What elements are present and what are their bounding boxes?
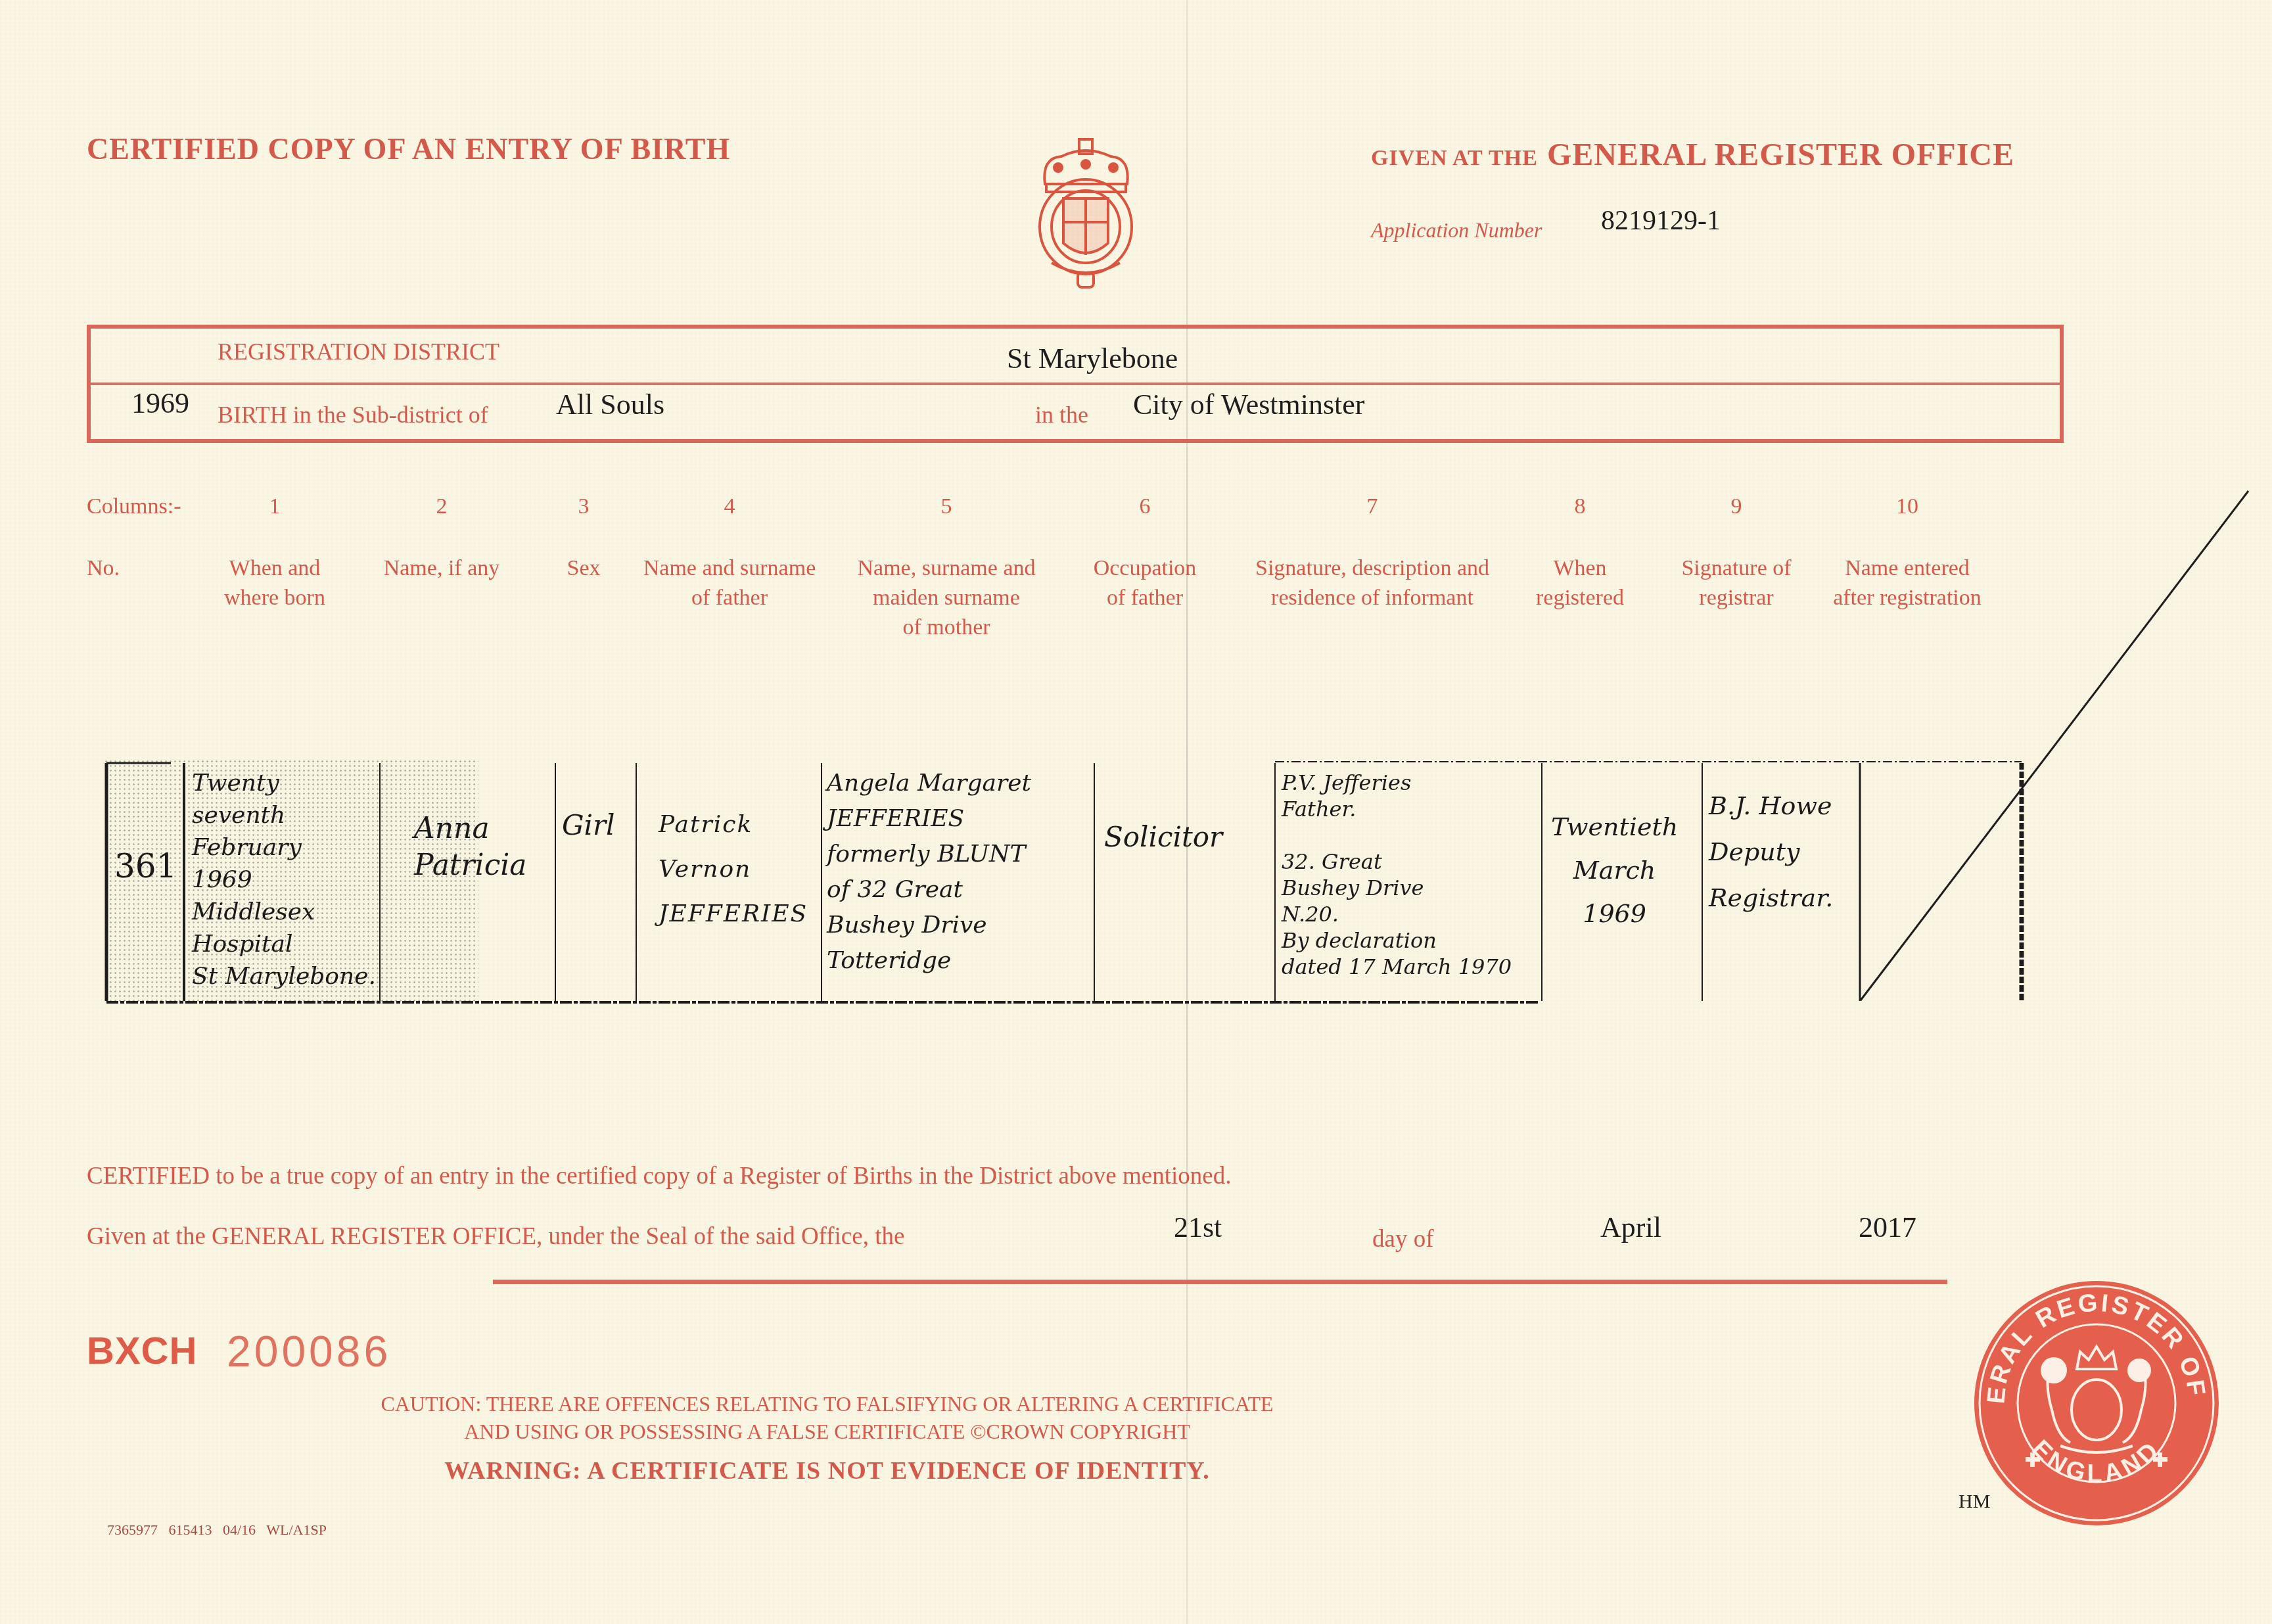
cancellation-diagonal-line xyxy=(0,0,2272,1624)
issue-year: 2017 xyxy=(1859,1211,1916,1244)
given-at-statement: Given at the GENERAL REGISTER OFFICE, un… xyxy=(87,1222,904,1251)
serial-prefix: BXCH xyxy=(87,1329,197,1373)
issue-month: April xyxy=(1600,1211,1661,1244)
caution-line-2: AND USING OR POSSESSING A FALSE CERTIFIC… xyxy=(0,1420,1963,1444)
serial-number: 200086 xyxy=(227,1326,391,1376)
identity-warning: WARNING: A CERTIFICATE IS NOT EVIDENCE O… xyxy=(0,1456,1963,1485)
print-code: 7365977 615413 04/16 WL/A1SP xyxy=(107,1521,327,1539)
gro-seal-icon: GENERAL REGISTER OFFICE ENGLAND xyxy=(1972,1278,2221,1528)
certification-statement: CERTIFIED to be a true copy of an entry … xyxy=(87,1162,1231,1190)
day-of-label: day of xyxy=(1372,1225,1434,1253)
signature-rule xyxy=(493,1280,1947,1284)
issue-day: 21st xyxy=(1174,1211,1222,1244)
caution-line-1: CAUTION: THERE ARE OFFENCES RELATING TO … xyxy=(0,1392,1963,1416)
